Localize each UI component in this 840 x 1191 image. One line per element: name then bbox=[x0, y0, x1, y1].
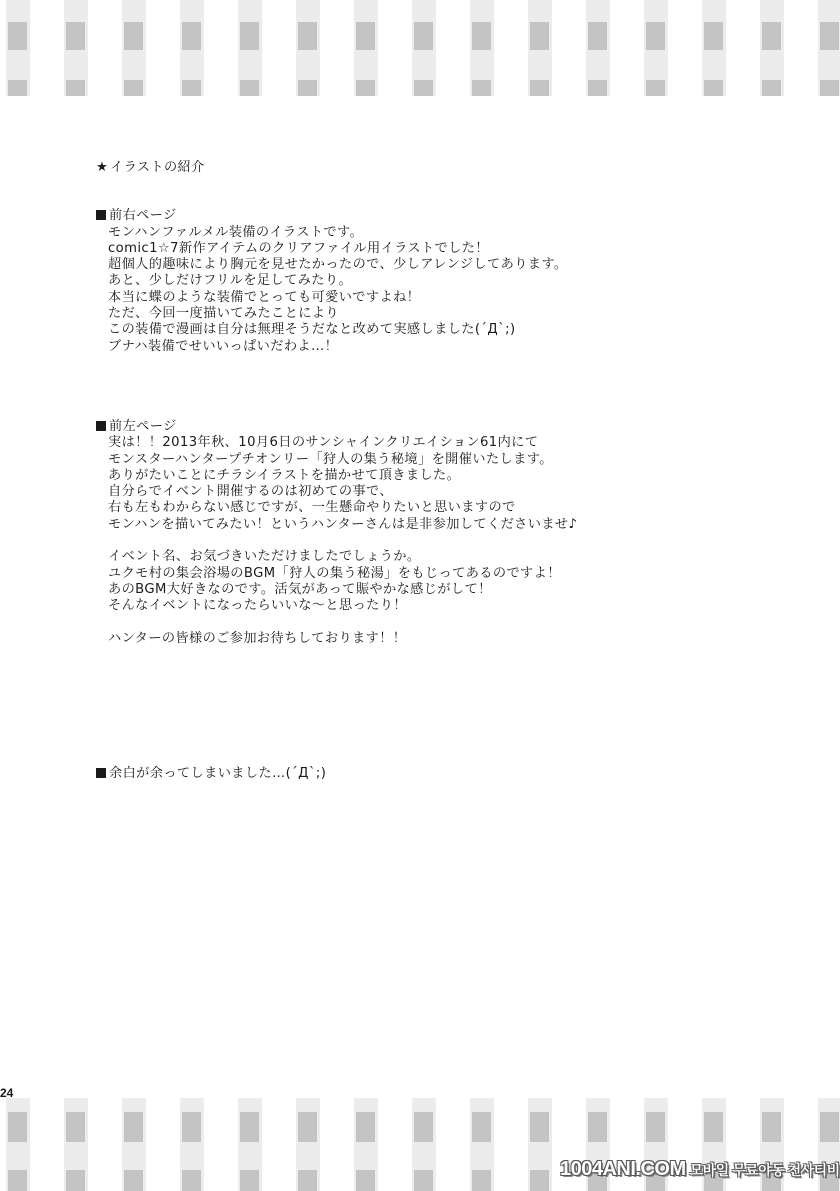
body-line: 超個人的趣味により胸元を見せたかったので、少しアレンジしてあります。 bbox=[108, 257, 796, 273]
body-line: comic1☆7新作アイテムのクリアファイル用イラストでした！ bbox=[108, 241, 796, 257]
stripe-dense-row bbox=[0, 80, 840, 96]
body-line: モンハンを描いてみたい！というハンターさんは是非参加してくださいませ♪ bbox=[108, 517, 796, 533]
body-line bbox=[108, 533, 796, 549]
body-line: あのBGM大好きなのです。活気があって賑やかな感じがして！ bbox=[108, 582, 796, 598]
section-heading: ★イラストの紹介 bbox=[96, 160, 796, 176]
square-bullet-icon bbox=[96, 210, 106, 220]
section-title: 前左ページ bbox=[96, 419, 796, 435]
body-line: イベント名、お気づきいただけましたでしょうか。 bbox=[108, 549, 796, 565]
watermark-sub: 모바일 무료야동 천사티비 bbox=[690, 1162, 840, 1178]
decorative-stripe-band-top bbox=[0, 0, 840, 96]
body-line: ユクモ村の集会浴場のBGM「狩人の集う秘湯」をもじってあるのですよ！ bbox=[108, 566, 796, 582]
body-line: そんなイベントになったらいいな～と思ったり！ bbox=[108, 598, 796, 614]
section-body: モンハンファルメル装備のイラストです。 comic1☆7新作アイテムのクリアファ… bbox=[96, 225, 796, 355]
stripe-dense-row bbox=[0, 22, 840, 50]
star-icon: ★ bbox=[96, 160, 110, 176]
section-front-right-page: 前右ページ モンハンファルメル装備のイラストです。 comic1☆7新作アイテム… bbox=[96, 208, 796, 355]
section-title: 余白が余ってしまいました…(´Д`;) bbox=[96, 766, 326, 782]
section-title-text: 前右ページ bbox=[109, 208, 177, 223]
section-leftover-space-note: 余白が余ってしまいました…(´Д`;) bbox=[96, 766, 326, 782]
section-body: 実は！！2013年秋、10月6日のサンシャインクリエイション61内にて モンスタ… bbox=[96, 435, 796, 647]
watermark-logo: 1004ANI.COM모바일 무료야동 천사티비 bbox=[560, 1158, 840, 1182]
stripe-dense-row bbox=[0, 1112, 840, 1142]
heading-label: イラストの紹介 bbox=[110, 160, 205, 175]
section-front-left-page: 前左ページ 実は！！2013年秋、10月6日のサンシャインクリエイション61内に… bbox=[96, 419, 796, 647]
section-title-text: 余白が余ってしまいました…(´Д`;) bbox=[109, 766, 326, 781]
section-title-text: 前左ページ bbox=[109, 419, 177, 434]
body-line: モンハンファルメル装備のイラストです。 bbox=[108, 225, 796, 241]
square-bullet-icon bbox=[96, 768, 106, 778]
body-line: あと、少しだけフリルを足してみたり。 bbox=[108, 273, 796, 289]
body-line: 右も左もわからない感じですが、一生懸命やりたいと思いますので bbox=[108, 500, 796, 516]
body-line: ありがたいことにチラシイラストを描かせて頂きました。 bbox=[108, 468, 796, 484]
body-line: 実は！！2013年秋、10月6日のサンシャインクリエイション61内にて bbox=[108, 435, 796, 451]
page-body: ★イラストの紹介 前右ページ モンハンファルメル装備のイラストです。 comic… bbox=[96, 160, 796, 647]
body-line: この装備で漫画は自分は無理そうだなと改めて実感しました(´Д`;) bbox=[108, 322, 796, 338]
section-title: 前右ページ bbox=[96, 208, 796, 224]
body-line: 本当に蝶のような装備でとっても可愛いですよね！ bbox=[108, 290, 796, 306]
square-bullet-icon bbox=[96, 421, 106, 431]
body-line: モンスターハンタープチオンリー「狩人の集う秘境」を開催いたします。 bbox=[108, 452, 796, 468]
body-line: 自分らでイベント開催するのは初めての事で、 bbox=[108, 484, 796, 500]
body-line: ハンターの皆様のご参加お待ちしております！！ bbox=[108, 631, 796, 647]
body-line: ただ、今回一度描いてみたことにより bbox=[108, 306, 796, 322]
body-line bbox=[108, 615, 796, 631]
watermark-main: 1004ANI.COM bbox=[560, 1158, 686, 1180]
body-line: ブナハ装備でせいいっぱいだわよ…！ bbox=[108, 339, 796, 355]
